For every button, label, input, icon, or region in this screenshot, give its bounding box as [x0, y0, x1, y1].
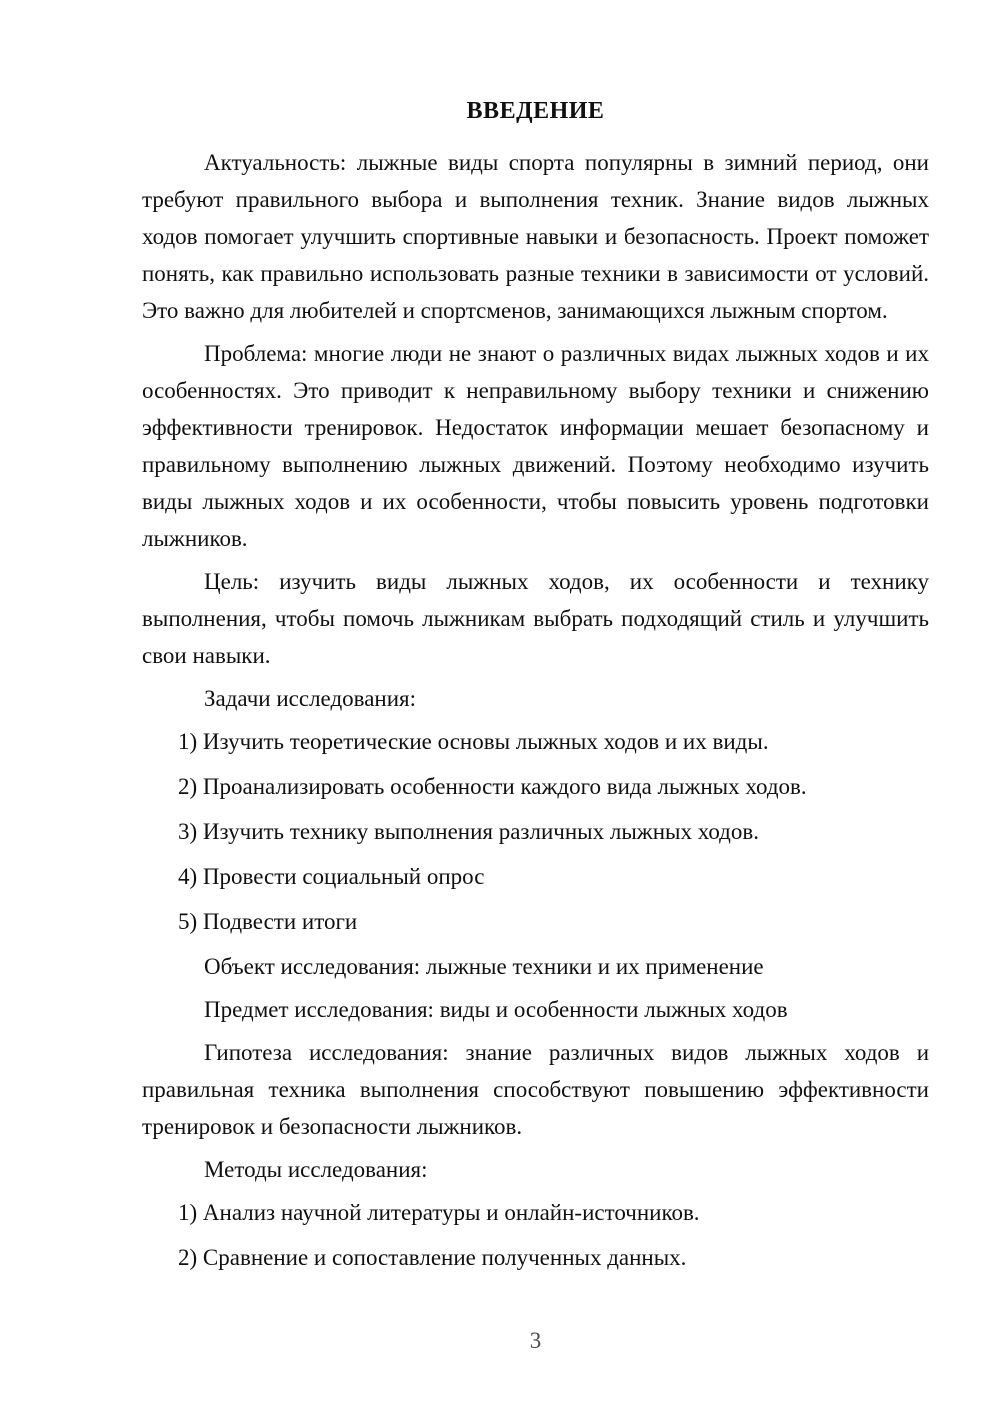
paragraph: Актуальность: лыжные виды спорта популяр…	[142, 144, 929, 329]
paragraph: Предмет исследования: виды и особенности…	[142, 991, 929, 1028]
paragraph: Цель: изучить виды лыжных ходов, их особ…	[142, 563, 929, 674]
paragraph: Проблема: многие люди не знают о различн…	[142, 335, 929, 557]
paragraph: Гипотеза исследования: знание различных …	[142, 1034, 929, 1145]
list-item: 1) Изучить теоретические основы лыжных х…	[178, 723, 929, 760]
paragraph: Методы исследования:	[142, 1151, 929, 1188]
list-item: 4) Провести социальный опрос	[178, 858, 929, 895]
list-item: 2) Сравнение и сопоставление полученных …	[178, 1239, 929, 1276]
document-page: ВВЕДЕНИЕ Актуальность: лыжные виды спорт…	[0, 0, 1000, 1414]
paragraph: Объект исследования: лыжные техники и их…	[142, 948, 929, 985]
list-item: 1) Анализ научной литературы и онлайн-ис…	[178, 1194, 929, 1231]
paragraph: Задачи исследования:	[142, 680, 929, 717]
list-item: 2) Проанализировать особенности каждого …	[178, 768, 929, 805]
list-item: 5) Подвести итоги	[178, 903, 929, 940]
page-title: ВВЕДЕНИЕ	[142, 97, 929, 126]
page-number: 3	[142, 1326, 929, 1356]
list-item: 3) Изучить технику выполнения различных …	[178, 813, 929, 850]
document-body: Актуальность: лыжные виды спорта популяр…	[142, 144, 929, 1276]
